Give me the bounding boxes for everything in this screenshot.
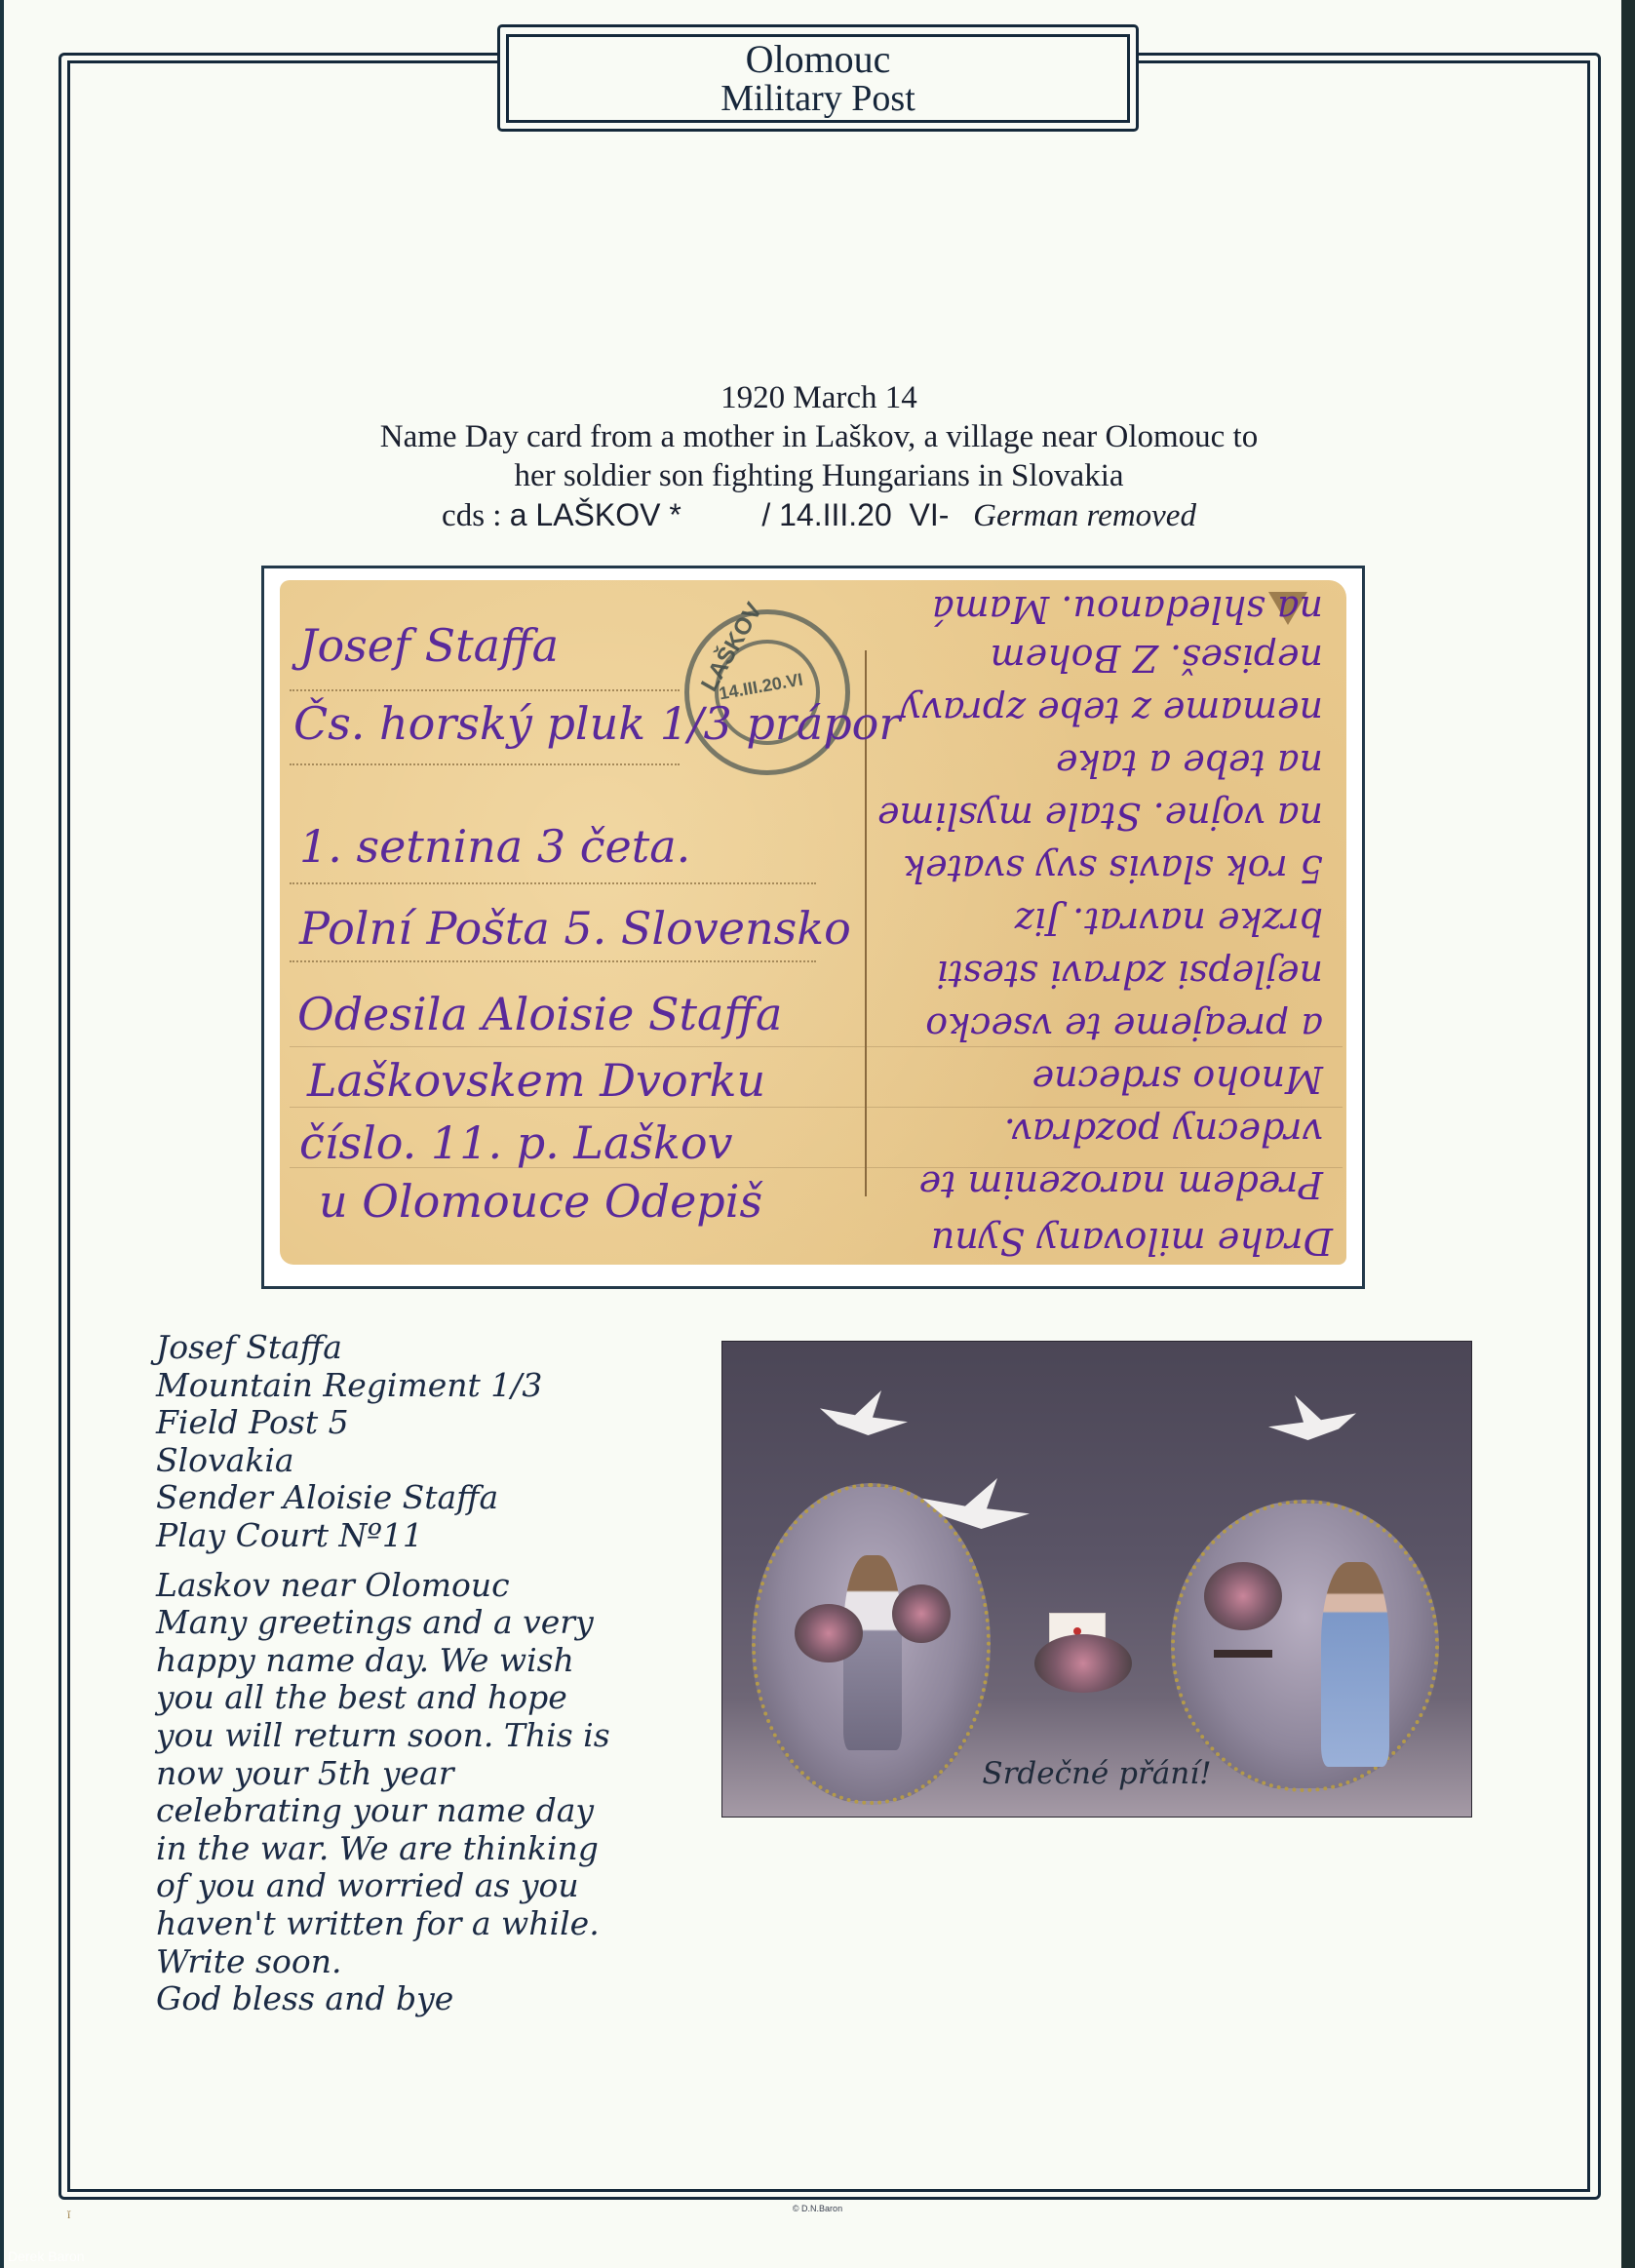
caption-cds-row: cds : a LAŠKOV * / 14.III.20 VI- German … — [273, 495, 1365, 535]
girl-figure — [1321, 1562, 1389, 1767]
message-line: brzke navrat. Jiz — [1015, 900, 1323, 943]
cds-note: German removed — [973, 498, 1196, 533]
translation-line: happy name day. We wish — [156, 1642, 721, 1680]
translation-line: Sender Aloisie Staffa — [156, 1479, 721, 1517]
title-box-inner: Olomouc Military Post — [506, 34, 1130, 123]
translation-line: Josef Staffa — [156, 1329, 721, 1367]
address-line: Laškovskem Dvorku — [307, 1054, 765, 1107]
card-greeting: Srdečné přání! — [722, 1756, 1471, 1791]
message-line: na shledanou. Mamá — [932, 588, 1323, 631]
scan-edge-left — [0, 0, 4, 2268]
message-line: na vojne. Stale myslime — [877, 795, 1323, 838]
translation-line: you will return soon. This is — [156, 1717, 721, 1755]
postcard-back-image: LAŠKOV 14.III.20.VI Josef Staffa Čs. hor… — [280, 580, 1346, 1265]
message-line: vrdecny pozdrav. — [1004, 1111, 1323, 1154]
watermark: Derek Baron — [8, 2248, 85, 2264]
upside-down-message: Drahe milovany Synu Predem narozenim te … — [875, 580, 1333, 1263]
postcard-mount: LAŠKOV 14.III.20.VI Josef Staffa Čs. hor… — [261, 566, 1365, 1289]
address-dotted-line — [290, 689, 680, 691]
translation-line: haven't written for a while. — [156, 1905, 721, 1943]
scan-edge-right — [1621, 0, 1635, 2268]
translation-line: of you and worried as you — [156, 1867, 721, 1905]
dove-left — [820, 1390, 908, 1435]
message-line: Drahe milovany Synu — [931, 1220, 1333, 1263]
address-line: Polní Pošta 5. Slovensko — [299, 902, 851, 955]
translation-line: in the war. We are thinking — [156, 1830, 721, 1868]
flowers-vase — [1204, 1562, 1282, 1630]
address-dotted-line — [290, 763, 680, 765]
cds-date: / 14.III.20 VI- — [761, 497, 949, 532]
caption-date: 1920 March 14 — [273, 378, 1365, 417]
address-line: Josef Staffa — [299, 619, 559, 672]
message-line: 5 rok slavis svy svatek — [903, 847, 1323, 890]
caption-description-1: Name Day card from a mother in Laškov, a… — [273, 417, 1365, 456]
copyright-notice: © D.N.Baron — [0, 2204, 1635, 2213]
message-line: a preajeme te vsecko — [925, 1005, 1323, 1048]
address-dotted-line — [290, 960, 816, 962]
translation-text: Josef Staffa Mountain Regiment 1/3 Field… — [156, 1329, 721, 2018]
translation-line: Many greetings and a very — [156, 1604, 721, 1642]
translation-line: Write soon. — [156, 1943, 721, 1981]
postmark-cds: LAŠKOV 14.III.20.VI — [684, 609, 850, 775]
translation-line: Laskov near Olomouc — [156, 1567, 721, 1605]
dove-right — [1268, 1395, 1356, 1440]
page-title: Olomouc — [746, 40, 891, 79]
translation-line: now your 5th year — [156, 1755, 721, 1793]
translation-line: Field Post 5 — [156, 1404, 721, 1442]
address-line: 1. setnina 3 četa. — [299, 820, 690, 873]
message-line: Mnoho srdecne — [1032, 1058, 1323, 1101]
message-line: na tebe a take — [1056, 742, 1323, 785]
translation-address: Josef Staffa Mountain Regiment 1/3 Field… — [156, 1329, 721, 1555]
cds-town: a LAŠKOV * — [510, 497, 681, 532]
address-line: Odesila Aloisie Staffa — [297, 988, 782, 1040]
message-line: nemame z tebe zpravy — [901, 689, 1323, 732]
translation-line: you all the best and hope — [156, 1679, 721, 1717]
address-line: u Olomouce Odepiš — [319, 1175, 762, 1228]
translation-line: Mountain Regiment 1/3 — [156, 1367, 721, 1405]
message-line: Predem narozenim te — [919, 1163, 1323, 1206]
address-line: Čs. horský pluk 1/3 prápor — [293, 697, 900, 750]
address-line: číslo. 11. p. Laškov — [299, 1116, 733, 1169]
translation-line: Play Court Nº11 — [156, 1517, 721, 1555]
flowers — [795, 1604, 863, 1662]
caption-description-2: her soldier son fighting Hungarians in S… — [273, 456, 1365, 495]
address-dotted-line — [290, 882, 816, 884]
title-box: Olomouc Military Post — [497, 24, 1139, 132]
message-line: nepiseš. Z Bohem — [991, 637, 1323, 680]
message-line: nejlepsi zdravi stesti — [937, 953, 1324, 996]
garland-flowers — [1034, 1634, 1132, 1693]
translation-line: Slovakia — [156, 1442, 721, 1480]
picture-postcard-front: Srdečné přání! — [721, 1341, 1472, 1818]
small-table — [1214, 1650, 1272, 1658]
flowers — [892, 1584, 951, 1643]
page-subtitle: Military Post — [720, 79, 915, 118]
translation-line: celebrating your name day — [156, 1792, 721, 1830]
cds-label: cds : — [442, 498, 510, 533]
translation-line: God bless and bye — [156, 1980, 721, 2018]
portrait-oval-girl — [1171, 1500, 1439, 1792]
item-caption: 1920 March 14 Name Day card from a mothe… — [273, 378, 1365, 535]
translation-message: Laskov near Olomouc Many greetings and a… — [156, 1567, 721, 2018]
